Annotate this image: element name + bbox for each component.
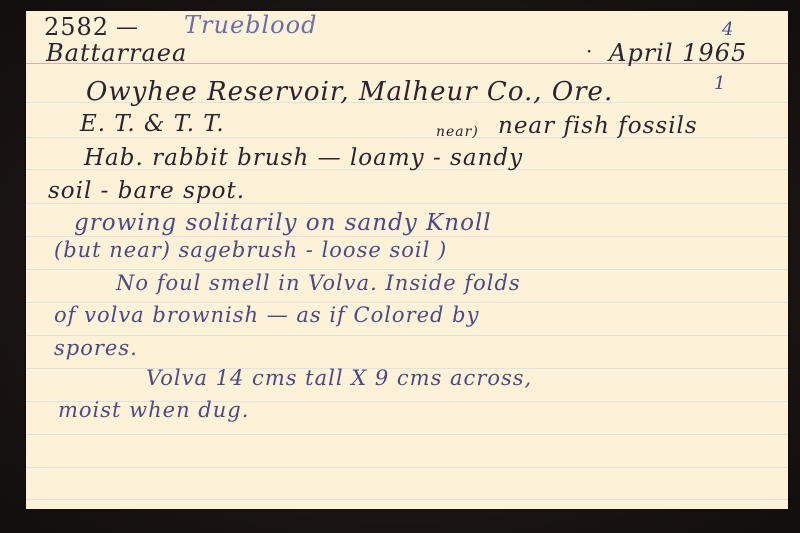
index-card: 2582 — Trueblood Battarraea · April 1965… [26,11,788,509]
ruling-line [26,467,788,468]
ruling-line [26,269,788,270]
scan-background: 2582 — Trueblood Battarraea · April 1965… [0,0,800,533]
sagebrush-line: (but near) sagebrush - loose soil ) [54,240,447,261]
collectors-line: E. T. & T. T. [80,113,225,136]
collection-date: April 1965 [609,41,747,65]
brownish-line: of volva brownish — as if Colored by [54,305,479,326]
growing-line: growing solitarily on sandy Knoll [74,212,492,235]
annotation-fish-fossils: near fish fossils [498,115,698,138]
ruling-line [26,434,788,435]
header-dash: — [116,17,139,39]
smell-line: No foul smell in Volva. Inside folds [116,273,521,294]
habitat-line: Hab. rabbit brush — loamy - sandy [84,147,523,170]
locality-line: Owyhee Reservoir, Malheur Co., Ore. [86,79,613,105]
ruling-line [26,499,788,500]
collector-name: Trueblood [184,13,317,37]
soil-line: soil - bare spot. [48,180,245,203]
genus-name: Battarraea [46,41,187,65]
date-bullet: · [586,41,593,61]
ruling-line [26,335,788,336]
ruling-line [26,236,788,237]
spores-line: spores. [54,338,138,359]
moist-line: moist when dug. [58,400,249,421]
specimen-number: 2582 [44,15,109,39]
date-correction-top: 4 [722,21,734,39]
annotation-near: near) [436,125,479,139]
date-correction-bottom: 1 [714,75,726,93]
volva-size-line: Volva 14 cms tall X 9 cms across, [146,368,532,389]
